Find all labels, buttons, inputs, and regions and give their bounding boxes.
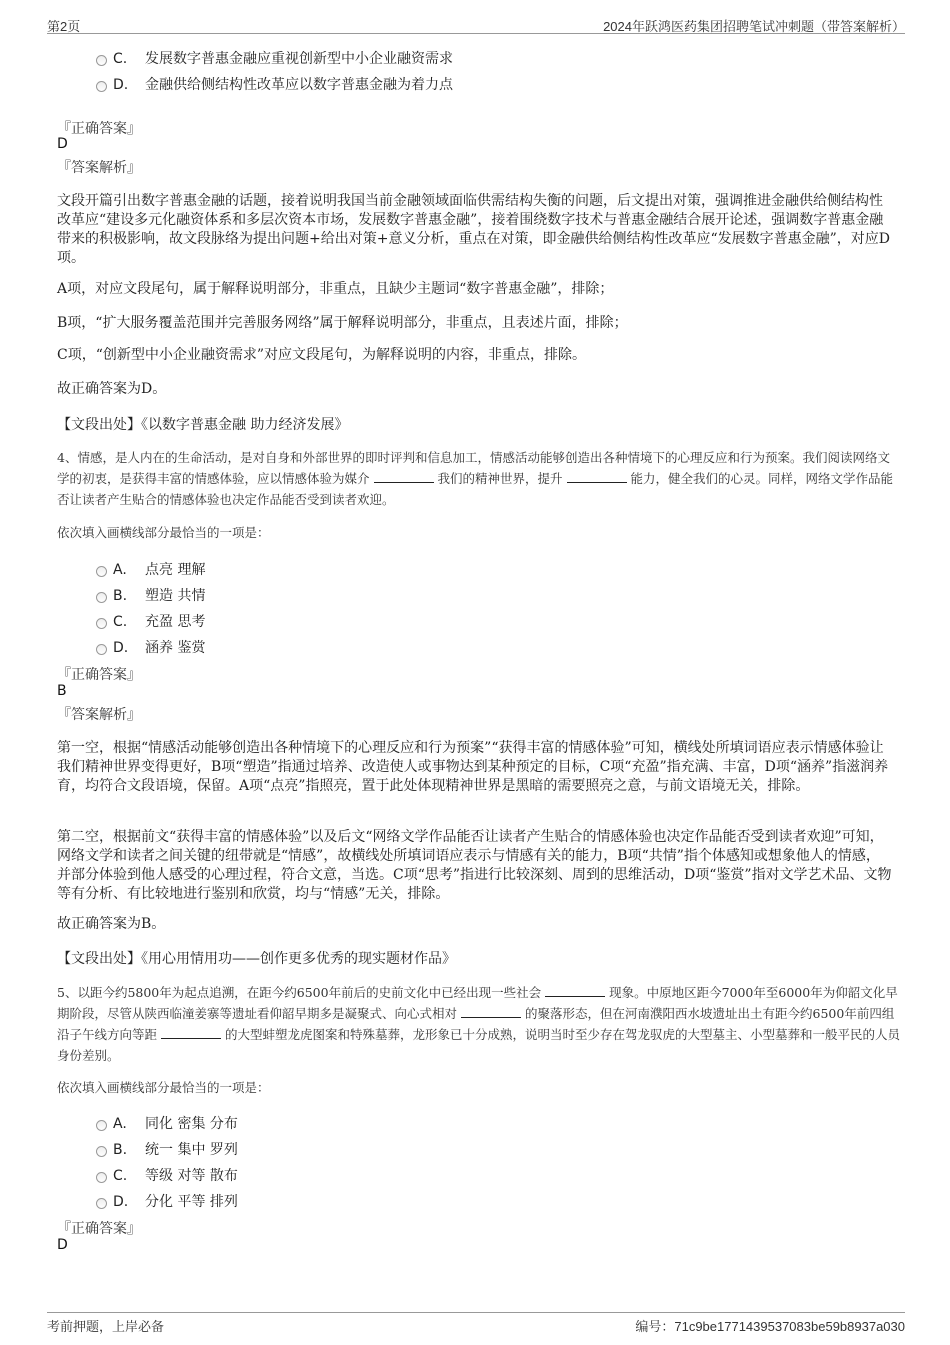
- fill-blank: [374, 470, 434, 483]
- analysis-conclusion: 故正确答案为B。: [57, 915, 892, 934]
- q4-option-b[interactable]: B.塑造 共情: [96, 585, 205, 605]
- question-prompt: 依次填入画横线部分最恰当的一项是：: [57, 522, 902, 543]
- document-code: 编号：71c9be1771439537083be59b8937a030: [635, 1316, 905, 1335]
- footer-slogan: 考前押题，上岸必备: [47, 1316, 164, 1335]
- q5-option-b[interactable]: B.统一 集中 罗列: [96, 1139, 238, 1159]
- q3-option-d[interactable]: D.金融供给侧结构性改革应以数字普惠金融为着力点: [96, 74, 453, 94]
- q5-option-d[interactable]: D.分化 平等 排列: [96, 1191, 238, 1211]
- q3-option-c[interactable]: C.发展数字普惠金融应重视创新型中小企业融资需求: [96, 48, 453, 68]
- radio-icon[interactable]: [96, 1172, 107, 1183]
- radio-icon[interactable]: [96, 592, 107, 603]
- radio-icon[interactable]: [96, 566, 107, 577]
- analysis-label: 『答案解析』: [57, 157, 141, 177]
- radio-icon[interactable]: [96, 81, 107, 92]
- fill-blank: [545, 984, 605, 997]
- q5-option-a[interactable]: A.同化 密集 分布: [96, 1113, 238, 1133]
- fill-blank: [567, 470, 627, 483]
- analysis-label: 『答案解析』: [57, 704, 141, 724]
- answer-label: 『正确答案』: [57, 664, 141, 684]
- source-citation: 【文段出处】《以数字普惠金融 助力经济发展》: [57, 414, 348, 434]
- analysis-paragraph: B项，“扩大服务覆盖范围并完善服务网络”属于解释说明部分，非重点，且表述片面，排…: [57, 314, 892, 333]
- page-footer: 考前押题，上岸必备 编号：71c9be1771439537083be59b893…: [47, 1312, 905, 1313]
- radio-icon[interactable]: [96, 644, 107, 655]
- question-stem: 5、以距今约5800年为起点追溯，在距今约6500年前后的史前文化中已经出现一些…: [57, 982, 902, 1066]
- q4-option-c[interactable]: C.充盈 思考: [96, 611, 205, 631]
- page-header: 第2页 2024年跃鸿医药集团招聘笔试冲刺题（带答案解析）: [47, 14, 905, 34]
- analysis-paragraph: 第二空，根据前文“获得丰富的情感体验”以及后文“网络文学作品能否让读者产生贴合的…: [57, 828, 892, 904]
- radio-icon[interactable]: [96, 1198, 107, 1209]
- answer-label: 『正确答案』: [57, 1218, 141, 1238]
- radio-icon[interactable]: [96, 618, 107, 629]
- q4-option-d[interactable]: D.涵养 鉴赏: [96, 637, 205, 657]
- answer-label: 『正确答案』: [57, 118, 141, 138]
- analysis-paragraph: C项，“创新型中小企业融资需求”对应文段尾句，为解释说明的内容，非重点，排除。: [57, 346, 892, 365]
- radio-icon[interactable]: [96, 55, 107, 66]
- radio-icon[interactable]: [96, 1146, 107, 1157]
- fill-blank: [461, 1005, 521, 1018]
- question-prompt: 依次填入画横线部分最恰当的一项是：: [57, 1077, 902, 1098]
- q4-option-a[interactable]: A.点亮 理解: [96, 559, 205, 579]
- radio-icon[interactable]: [96, 1120, 107, 1131]
- analysis-conclusion: 故正确答案为D。: [57, 380, 892, 399]
- correct-answer: D: [57, 1237, 68, 1253]
- question-stem: 4、情感，是人内在的生命活动，是对自身和外部世界的即时评判和信息加工，情感活动能…: [57, 447, 902, 510]
- correct-answer: D: [57, 136, 68, 152]
- correct-answer: B: [57, 683, 67, 699]
- page-number: 第2页: [47, 16, 80, 35]
- source-citation: 【文段出处】《用心用情用功——创作更多优秀的现实题材作品》: [57, 948, 456, 968]
- fill-blank: [161, 1026, 221, 1039]
- analysis-paragraph: A项，对应文段尾句，属于解释说明部分，非重点，且缺少主题词“数字普惠金融”，排除…: [57, 280, 892, 299]
- q5-option-c[interactable]: C.等级 对等 散布: [96, 1165, 238, 1185]
- analysis-paragraph: 文段开篇引出数字普惠金融的话题，接着说明我国当前金融领域面临供需结构失衡的问题，…: [57, 192, 892, 268]
- analysis-paragraph: 第一空，根据“情感活动能够创造出各种情境下的心理反应和行为预案”“获得丰富的情感…: [57, 739, 892, 796]
- document-title: 2024年跃鸿医药集团招聘笔试冲刺题（带答案解析）: [603, 16, 905, 35]
